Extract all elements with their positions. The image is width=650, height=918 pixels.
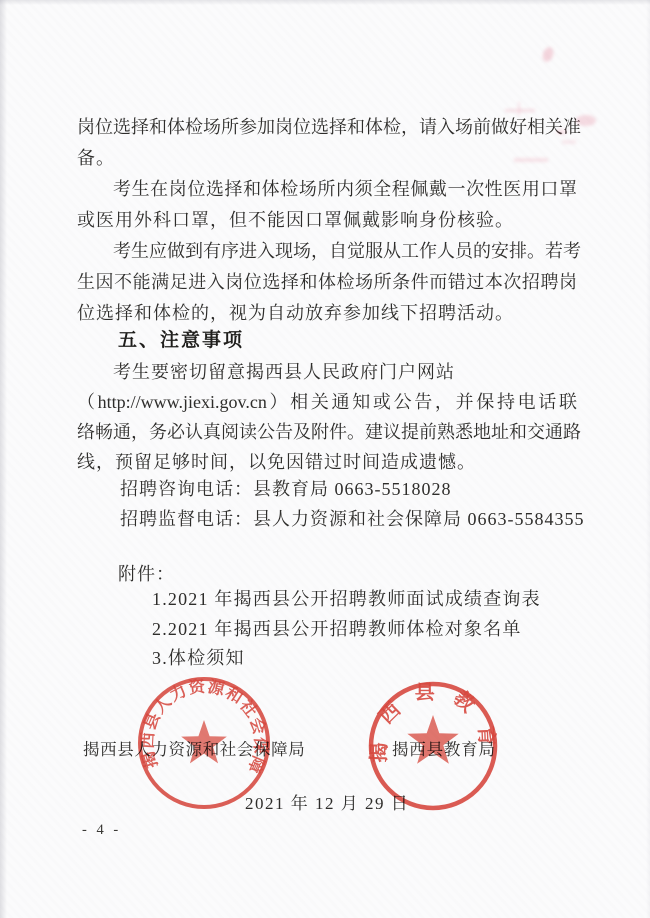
notice-paragraph: 考生要密切留意揭西县人民政府门户网站 （http://www.jiexi.gov… [77,357,577,477]
section-heading: 五、注意事项 [118,325,244,352]
official-seal-right: 揭西县教育局 [353,666,513,826]
phone-lines: 招聘咨询电话：县教育局 0663-5518028 招聘监督电话：县人力资源和社会… [77,474,592,534]
body-line: 考生在岗位选择和体检场所内须全程佩戴一次性医用口罩 [77,174,577,205]
body-line: 考生应做到有序进入现场，自觉服从工作人员的安排。若考 [77,236,577,267]
star-icon [407,715,458,764]
seal-ring-text: 揭西县人力资源和社会保障局 [124,663,271,777]
attachment-item: 2.2021 年揭西县公开招聘教师体检对象名单 [152,615,592,645]
phone-line-consult: 招聘咨询电话：县教育局 0663-5518028 [77,474,592,504]
svg-text:揭西县人力资源和社会保障局: 揭西县人力资源和社会保障局 [124,663,271,777]
body-line: 岗位选择和体检场所参加岗位选择和体检，请入场前做好相关准 [77,112,577,143]
attachments-list: 1.2021 年揭西县公开招聘教师面试成绩查询表 2.2021 年揭西县公开招聘… [152,585,592,674]
official-seal-left: 揭西县人力资源和社会保障局 [124,663,284,823]
scanned-document-page: 岗位选择和体检场所参加岗位选择和体检，请入场前做好相关准 备。 考生在岗位选择和… [0,0,650,918]
body-line: 络畅通，务必认真阅读公告及附件。建议提前熟悉地址和交通路 [77,417,577,447]
body-line: 生因不能满足进入岗位选择和体检场所条件而错过本次招聘岗 [77,267,577,298]
body-paragraphs: 岗位选择和体检场所参加岗位选择和体检，请入场前做好相关准 备。 考生在岗位选择和… [77,112,577,329]
body-line: 线，预留足够时间，以免因错过时间造成遗憾。 [77,447,577,477]
body-line: 考生要密切留意揭西县人民政府门户网站 [77,357,577,387]
star-icon [181,720,227,763]
attachment-item: 1.2021 年揭西县公开招聘教师面试成绩查询表 [152,585,592,615]
body-line: （http://www.jiexi.gov.cn）相关通知或公告，并保持电话联 [77,387,577,417]
body-line: 备。 [77,143,577,174]
phone-line-supervise: 招聘监督电话：县人力资源和社会保障局 0663-5584355 [77,504,592,534]
attachments-label: 附件： [118,560,175,586]
stamp-smudge [541,46,556,64]
page-number: - 4 - [82,822,121,839]
body-line: 或医用外科口罩，但不能因口罩佩戴影响身份核验。 [77,205,577,236]
